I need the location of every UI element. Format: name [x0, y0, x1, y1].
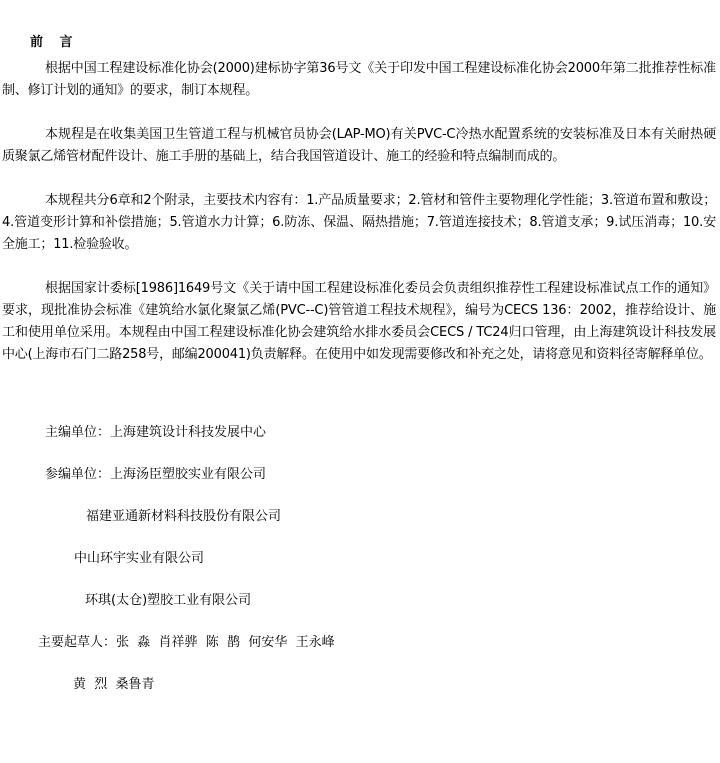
- co-editor-unit-1: 参编单位：上海汤臣塑胶实业有限公司: [45, 464, 266, 486]
- main-drafters: 主要起草人：张 淼 肖祥骅 陈 鹊 何安华 王永峰: [38, 632, 335, 654]
- co-editor-unit-4: 环琪(太仓)塑胶工业有限公司: [85, 590, 251, 612]
- paragraph-2: 本规程是在收集美国卫生管道工程与机械官员协会(LAP-MO)有关PVC-C冷热水…: [2, 124, 716, 168]
- document-title: 前 言: [30, 31, 79, 50]
- paragraph-4: 根据国家计委标[1986]1649号文《关于请中国工程建设标准化委员会负责组织推…: [2, 278, 716, 366]
- main-drafters-continued: 黄 烈 桑鲁青: [73, 674, 155, 696]
- co-editor-unit-3: 中山环宇实业有限公司: [74, 548, 204, 570]
- paragraph-1: 根据中国工程建设标准化协会(2000)建标协字第36号文《关于印发中国工程建设标…: [2, 58, 716, 102]
- paragraph-3: 本规程共分6章和2个附录，主要技术内容有：1.产品质量要求；2.管材和管件主要物…: [2, 190, 716, 256]
- chief-editor-unit: 主编单位：上海建筑设计科技发展中心: [45, 422, 266, 444]
- co-editor-unit-2: 福建亚通新材料科技股份有限公司: [86, 506, 281, 528]
